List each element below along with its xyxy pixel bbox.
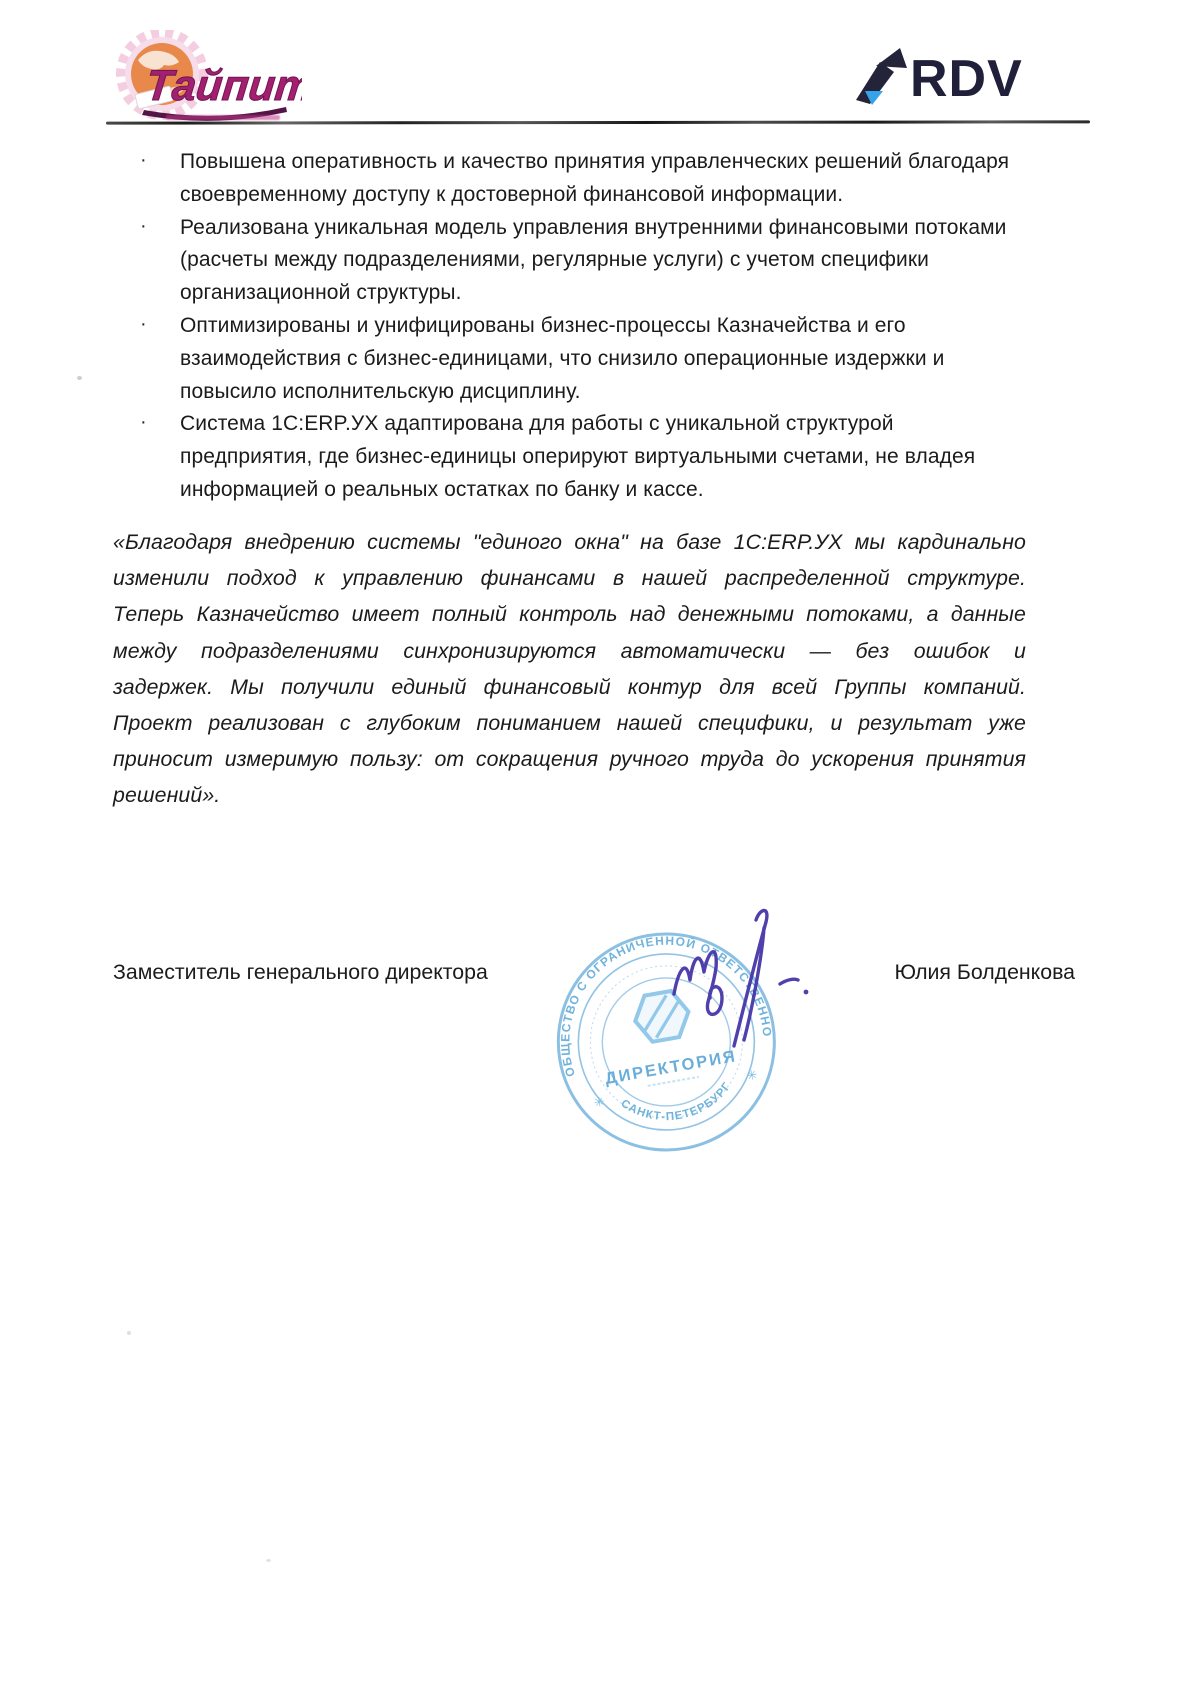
taipit-logo: Тайпит [110,30,302,124]
stamp-asterisk-left-icon: ✳ [593,1094,606,1111]
bullet-text: Повышена оперативность и качество принят… [180,150,1009,206]
bullet-text: Система 1С:ERP.УХ адаптирована для работ… [180,412,975,501]
rdv-logo: RDV [850,44,1022,108]
signature-ink-dot [804,990,809,995]
rdv-wordmark-text: RDV [910,50,1022,108]
bullet-marker-icon: · [140,308,147,341]
bullet-text: Оптимизированы и унифицированы бизнес-пр… [180,314,944,403]
bullet-item: · Реализована уникальная модель управлен… [113,212,1018,310]
bullet-marker-icon: · [140,406,147,439]
taipit-wordmark-text: Тайпит [144,62,302,110]
testimonial-quote: «Благодаря внедрению системы "единого ок… [113,524,1026,814]
bullet-marker-icon: · [140,210,147,243]
handwritten-signature [660,898,842,1070]
rdv-arrow-icon [856,48,907,105]
bullet-item: · Оптимизированы и унифицированы бизнес-… [113,310,1018,408]
bullet-marker-icon: · [140,144,147,177]
bullet-text: Реализована уникальная модель управления… [180,216,1006,305]
scan-speck [266,1559,271,1562]
bullet-item: · Повышена оперативность и качество прин… [113,146,1018,212]
scanned-document-page: Тайпит RDV · Повышена оперативность и ка… [0,0,1190,1683]
taipit-tagline [166,115,280,120]
signer-name: Юлия Болденкова [895,960,1075,985]
scan-speck [127,1331,131,1335]
signer-job-title: Заместитель генерального директора [113,960,488,985]
header-divider-line [106,120,1090,124]
scan-speck [77,376,82,380]
bullet-item: · Система 1С:ERP.УХ адаптирована для раб… [113,408,1018,506]
achievements-bullet-list: · Повышена оперативность и качество прин… [113,146,1018,507]
